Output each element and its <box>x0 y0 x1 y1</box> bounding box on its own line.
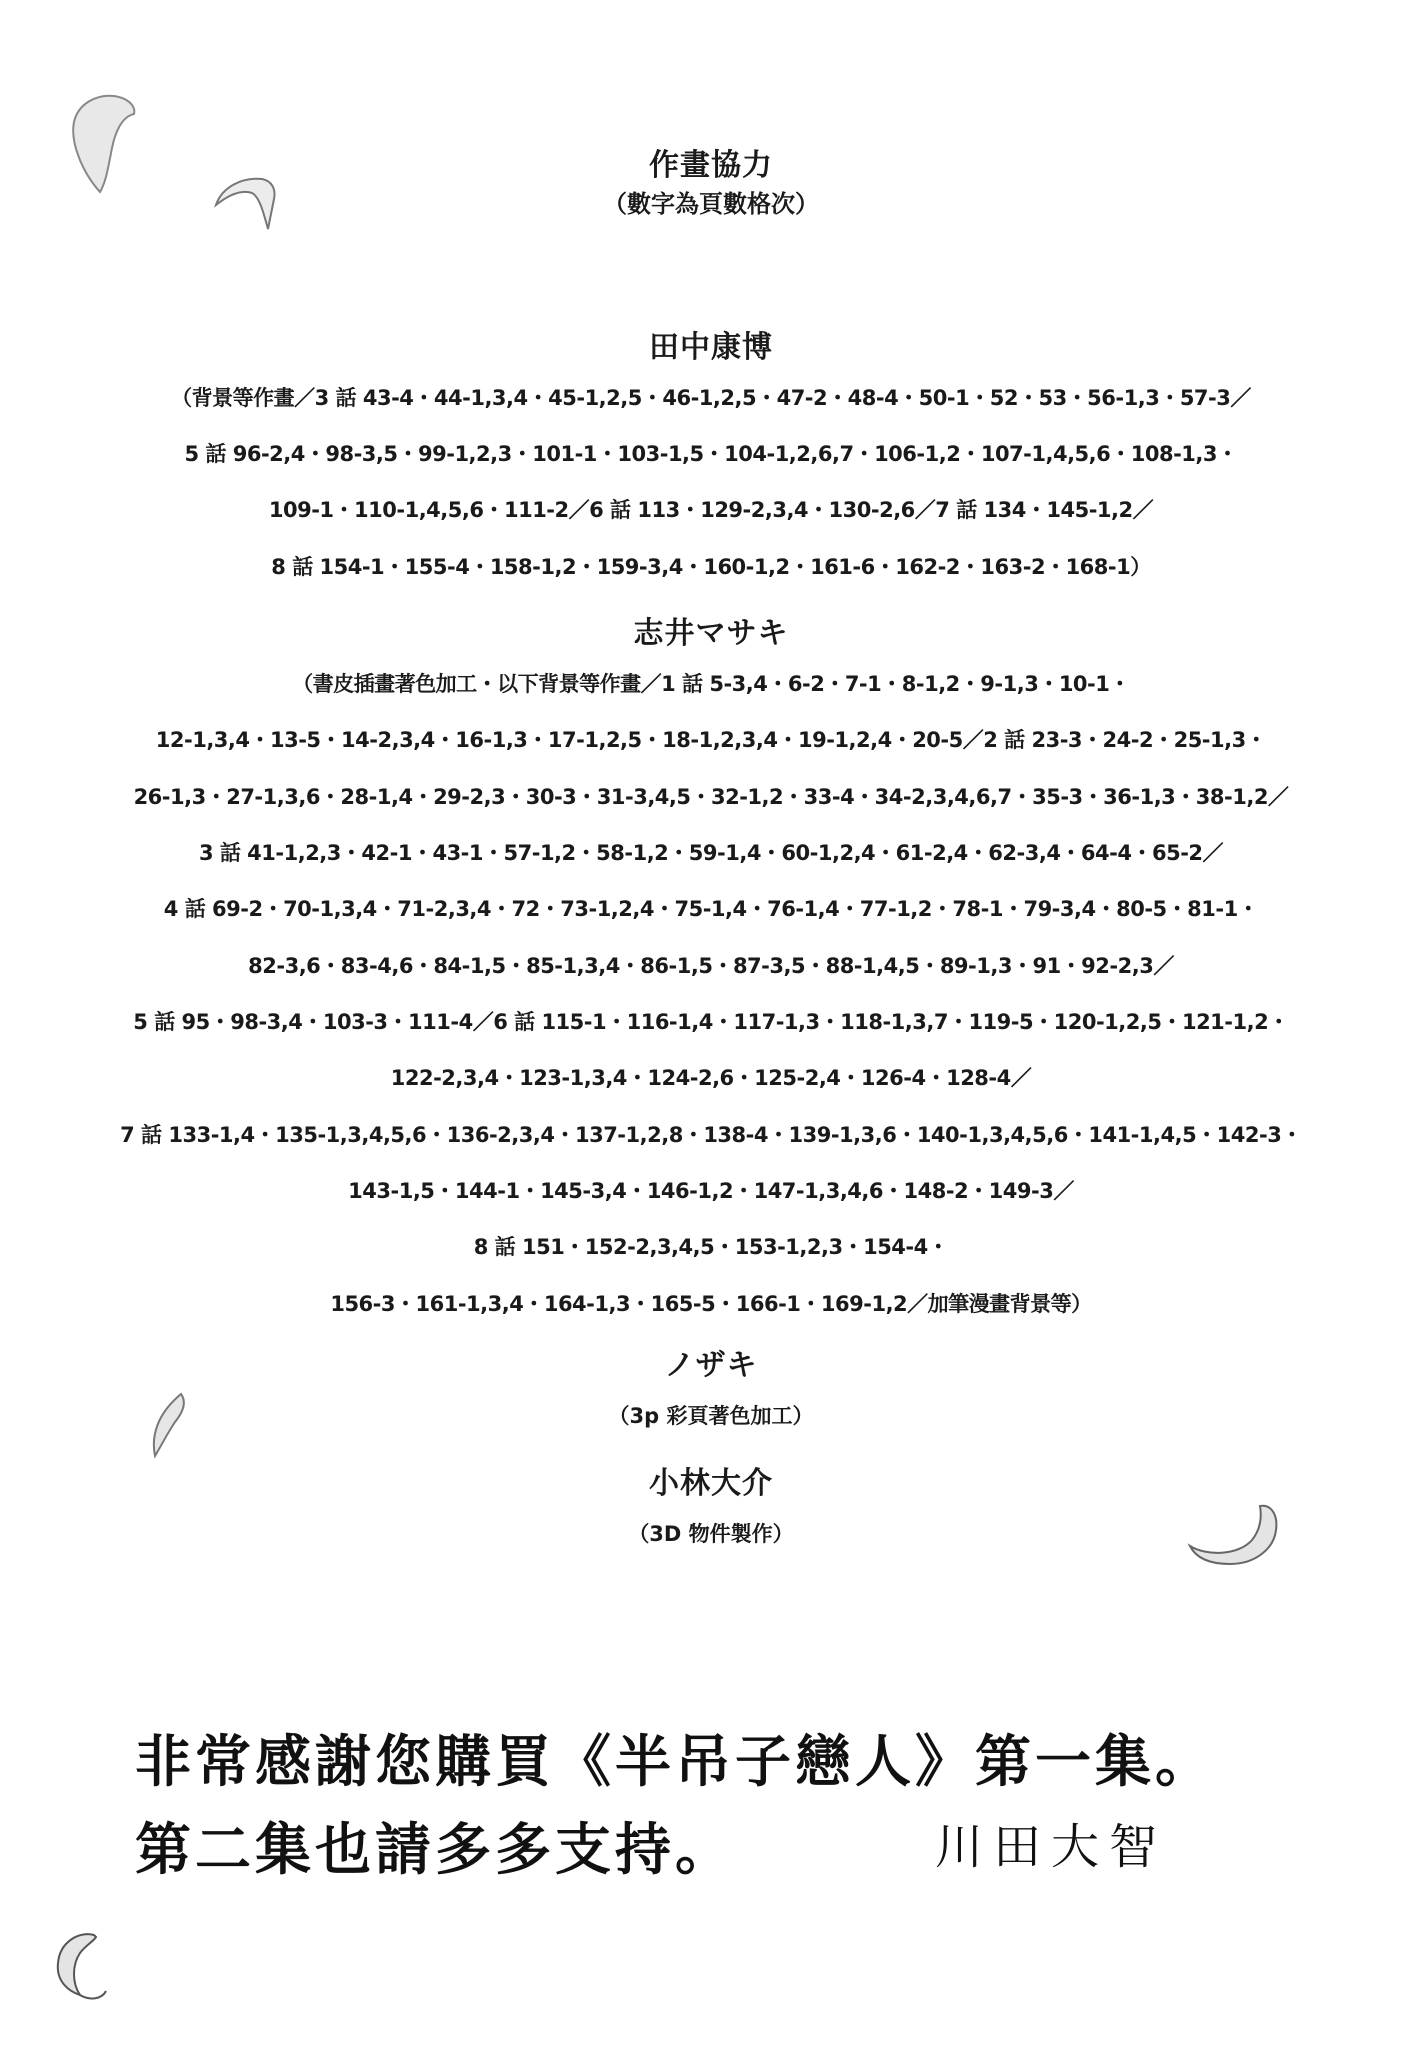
credit-detail-line: 8 話 154-1・155-4・158-1,2・159-3,4・160-1,2・… <box>0 551 1422 581</box>
credit-detail-line: 12-1,3,4・13-5・14-2,3,4・16-1,3・17-1,2,5・1… <box>0 724 1422 754</box>
credit-detail-line: 5 話 96-2,4・98-3,5・99-1,2,3・101-1・103-1,5… <box>0 438 1422 468</box>
credit-detail-line: 5 話 95・98-3,4・103-3・111-4／6 話 115-1・116-… <box>0 1006 1422 1036</box>
credit-role: （3D 物件製作） <box>0 1518 1422 1548</box>
credit-name: ノザキ <box>0 1340 1422 1384</box>
page-title: 作畫協力 <box>0 140 1422 184</box>
credit-detail-line: 3 話 41-1,2,3・42-1・43-1・57-1,2・58-1,2・59-… <box>0 837 1422 867</box>
credit-detail-line: 82-3,6・83-4,6・84-1,5・85-1,3,4・86-1,5・87-… <box>0 950 1422 980</box>
credit-name: 田中康博 <box>0 322 1422 366</box>
credit-detail-line: （背景等作畫／3 話 43-4・44-1,3,4・45-1,2,5・46-1,2… <box>0 382 1422 412</box>
credit-detail-line: 156-3・161-1,3,4・164-1,3・165-5・166-1・169-… <box>0 1288 1422 1318</box>
credit-detail-line: 4 話 69-2・70-1,3,4・71-2,3,4・72・73-1,2,4・7… <box>0 893 1422 923</box>
credit-role: （3p 彩頁著色加工） <box>0 1400 1422 1430</box>
credit-name: 小林大介 <box>0 1458 1422 1502</box>
credit-detail-line: 122-2,3,4・123-1,3,4・124-2,6・125-2,4・126-… <box>0 1062 1422 1092</box>
petal-decoration-icon <box>50 1925 120 2005</box>
page-subtitle: （數字為頁數格次） <box>0 184 1422 219</box>
author-signature: 川田大智 <box>935 1808 1167 1877</box>
credit-detail-line: 143-1,5・144-1・145-3,4・146-1,2・147-1,3,4,… <box>0 1175 1422 1205</box>
thank-you-message: 非常感謝您購買《半吊子戀人》第一集。 <box>135 1718 1215 1798</box>
credit-detail-line: 7 話 133-1,4・135-1,3,4,5,6・136-2,3,4・137-… <box>0 1119 1422 1149</box>
thank-you-message: 第二集也請多多支持。 <box>135 1806 735 1886</box>
credit-name: 志井マサキ <box>0 608 1422 652</box>
credit-detail-line: 26-1,3・27-1,3,6・28-1,4・29-2,3・30-3・31-3,… <box>0 781 1422 811</box>
credit-detail-line: 109-1・110-1,4,5,6・111-2／6 話 113・129-2,3,… <box>0 494 1422 524</box>
credit-detail-line: （書皮插畫著色加工・以下背景等作畫／1 話 5-3,4・6-2・7-1・8-1,… <box>0 668 1422 698</box>
credit-detail-line: 8 話 151・152-2,3,4,5・153-1,2,3・154-4・ <box>0 1231 1422 1261</box>
